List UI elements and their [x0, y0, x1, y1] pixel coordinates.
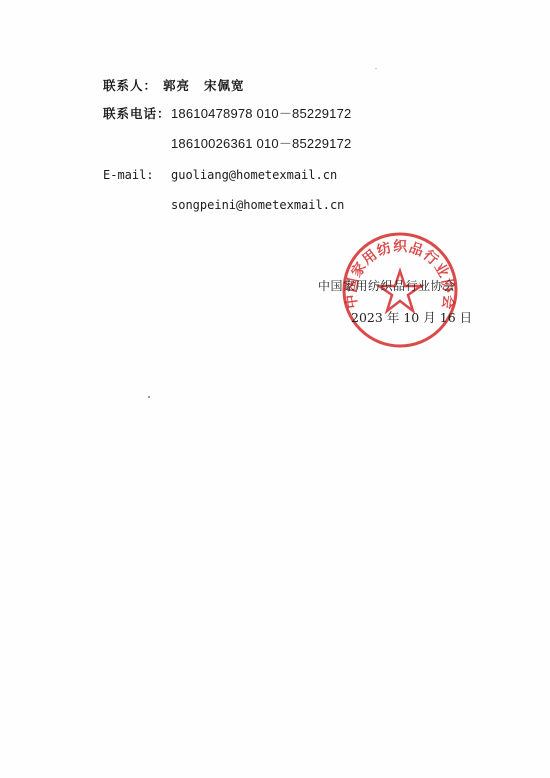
email-label: E-mail: [103, 167, 154, 183]
mobile-number: 18610026361 [171, 136, 253, 151]
office-number: 010－85229172 [257, 136, 352, 151]
email-address[interactable]: guoliang@hometexmail.cn [171, 167, 337, 183]
issue-date: 2023年10月16日 [351, 308, 472, 326]
contact-person-name: 郭亮 [163, 78, 190, 93]
office-number: 010－85229172 [257, 106, 352, 121]
phone-line: 18610478978 010－85229172 [171, 106, 351, 122]
scan-speck [375, 68, 377, 69]
issuing-organization: 中国家用纺织品行业协会 [318, 277, 456, 294]
contact-person-label: 联系人： [103, 78, 157, 94]
document-page: 联系人： 郭亮宋佩宽 联系电话： 18610478978 010－8522917… [0, 0, 550, 778]
date-day: 16 [440, 310, 456, 325]
date-year: 2023 [351, 310, 383, 325]
contact-phone-label: 联系电话： [103, 106, 171, 122]
mobile-number: 18610478978 [171, 106, 253, 121]
scan-speck [148, 396, 150, 398]
date-month-unit: 月 [423, 310, 436, 325]
email-address[interactable]: songpeini@hometexmail.cn [171, 197, 344, 213]
date-day-unit: 日 [460, 310, 473, 325]
phone-line: 18610026361 010－85229172 [171, 136, 351, 152]
date-year-unit: 年 [387, 310, 400, 325]
date-month: 10 [403, 310, 419, 325]
contact-person-names: 郭亮宋佩宽 [163, 78, 245, 94]
contact-person-name: 宋佩宽 [204, 78, 245, 93]
